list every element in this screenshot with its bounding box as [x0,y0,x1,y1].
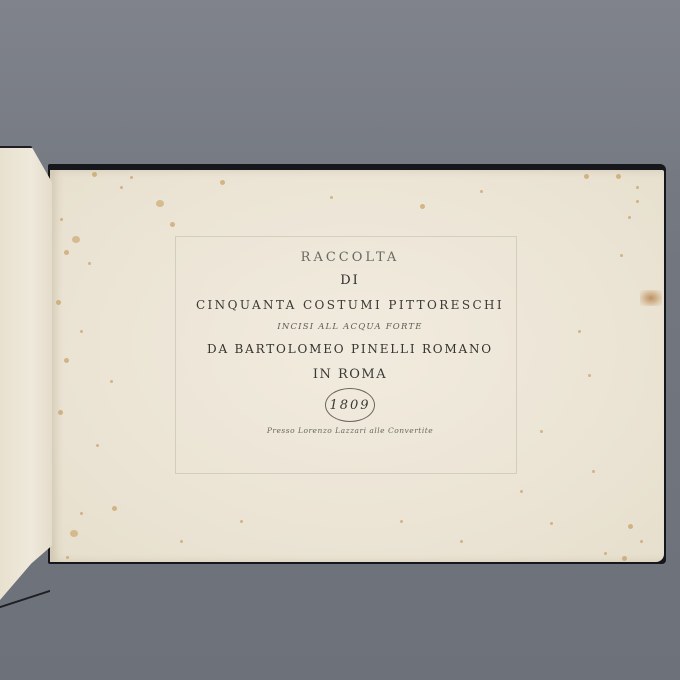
title-line-raccolta: RACCOLTA [150,250,550,265]
title-line-di: DI [150,273,550,288]
stain-mark [640,290,662,306]
title-line-place: IN ROMA [150,367,550,382]
title-line-technique: INCISI ALL ACQUA FORTE [150,322,550,332]
title-line-subject: CINQUANTA COSTUMI PITTORESCHI [150,298,550,312]
title-year: 1809 [329,398,370,413]
title-imprint: Presso Lorenzo Lazzari alle Convertite [150,426,550,435]
year-oval: 1809 [325,388,375,422]
left-page-curl [0,146,52,600]
title-block: RACCOLTA DI CINQUANTA COSTUMI PITTORESCH… [150,250,550,435]
background-surface [0,0,680,160]
title-line-author: DA BARTOLOMEO PINELLI ROMANO [150,342,550,356]
